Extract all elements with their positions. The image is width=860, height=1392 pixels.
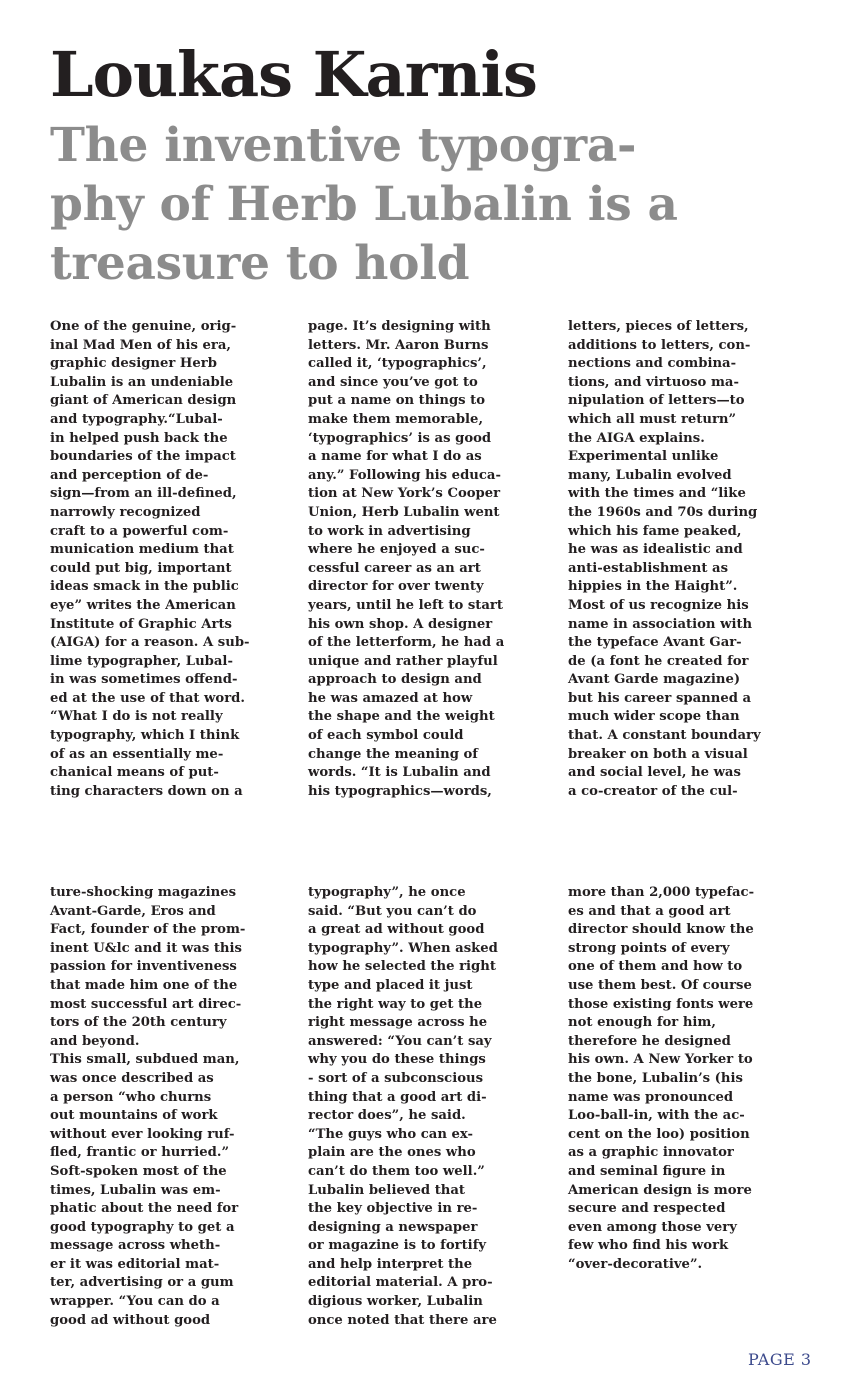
text-line: nections and combina- <box>568 355 830 374</box>
text-line: in helped push back the <box>50 430 312 449</box>
text-line: of as an essentially me- <box>50 746 312 765</box>
text-line: the 1960s and 70s during <box>568 504 830 523</box>
text-line: rector does”, he said. <box>308 1107 570 1126</box>
text-line: boundaries of the impact <box>50 448 312 467</box>
text-line: Union, Herb Lubalin went <box>308 504 570 523</box>
text-line: type and placed it just <box>308 977 570 996</box>
text-line: which all must return” <box>568 411 830 430</box>
text-line: tion at New York’s Cooper <box>308 485 570 504</box>
text-line: could put big, important <box>50 560 312 579</box>
text-line: without ever looking ruf- <box>50 1126 312 1145</box>
text-line: Fact, founder of the prom- <box>50 921 312 940</box>
text-line: good ad without good <box>50 1312 312 1331</box>
text-line: that made him one of the <box>50 977 312 996</box>
text-line: passion for inventiveness <box>50 958 312 977</box>
text-line: approach to design and <box>308 671 570 690</box>
text-line: fled, frantic or hurried.” <box>50 1144 312 1163</box>
text-line: (AIGA) for a reason. A sub- <box>50 634 312 653</box>
text-line: lime typographer, Lubal- <box>50 653 312 672</box>
text-line: the right way to get the <box>308 996 570 1015</box>
text-line: times, Lubalin was em- <box>50 1182 312 1201</box>
text-line: director should know the <box>568 921 830 940</box>
body-column-3-bottom: more than 2,000 typefac-es and that a go… <box>568 884 830 1274</box>
text-line: any.” Following his educa- <box>308 467 570 486</box>
text-line: tors of the 20th century <box>50 1014 312 1033</box>
text-line: therefore he designed <box>568 1033 830 1052</box>
text-line: most successful art direc- <box>50 996 312 1015</box>
page-number: PAGE 3 <box>748 1350 812 1369</box>
text-line: de (a font he created for <box>568 653 830 672</box>
text-line: Avant-Garde, Eros and <box>50 903 312 922</box>
text-line: his own. A New Yorker to <box>568 1051 830 1070</box>
text-line: typography”. When asked <box>308 940 570 959</box>
text-line: director for over twenty <box>308 578 570 597</box>
headline: The inventive typogra- phy of Herb Lubal… <box>50 116 840 293</box>
text-line: why you do these things <box>308 1051 570 1070</box>
text-line: words. “It is Lubalin and <box>308 764 570 783</box>
text-line: editorial material. A pro- <box>308 1274 570 1293</box>
text-line: “What I do is not really <box>50 708 312 727</box>
text-line: many, Lubalin evolved <box>568 467 830 486</box>
text-line: use them best. Of course <box>568 977 830 996</box>
text-line: was once described as <box>50 1070 312 1089</box>
text-line: and help interpret the <box>308 1256 570 1275</box>
text-line: letters. Mr. Aaron Burns <box>308 337 570 356</box>
body-column-3-top: letters, pieces of letters,additions to … <box>568 318 830 801</box>
text-line: but his career spanned a <box>568 690 830 709</box>
text-line: the typeface Avant Gar- <box>568 634 830 653</box>
text-line: out mountains of work <box>50 1107 312 1126</box>
text-line: ter, advertising or a gum <box>50 1274 312 1293</box>
text-line: or magazine is to fortify <box>308 1237 570 1256</box>
text-line: plain are the ones who <box>308 1144 570 1163</box>
headline-line: phy of Herb Lubalin is a <box>50 175 840 234</box>
text-line: ed at the use of that word. <box>50 690 312 709</box>
text-line: inent U&lc and it was this <box>50 940 312 959</box>
text-line: typography”, he once <box>308 884 570 903</box>
text-line: his typographics—words, <box>308 783 570 802</box>
text-line: er it was editorial mat- <box>50 1256 312 1275</box>
text-line: letters, pieces of letters, <box>568 318 830 337</box>
headline-line: The inventive typogra- <box>50 116 840 175</box>
headline-line: treasure to hold <box>50 234 840 293</box>
text-line: Avant Garde magazine) <box>568 671 830 690</box>
text-line: craft to a powerful com- <box>50 523 312 542</box>
text-line: change the meaning of <box>308 746 570 765</box>
text-line: even among those very <box>568 1219 830 1238</box>
text-line: phatic about the need for <box>50 1200 312 1219</box>
text-line: and since you’ve got to <box>308 374 570 393</box>
text-line: he was amazed at how <box>308 690 570 709</box>
text-line: additions to letters, con- <box>568 337 830 356</box>
text-line: the key objective in re- <box>308 1200 570 1219</box>
text-line: hippies in the Haight”. <box>568 578 830 597</box>
text-line: es and that a good art <box>568 903 830 922</box>
text-line: in was sometimes offend- <box>50 671 312 690</box>
text-line: where he enjoyed a suc- <box>308 541 570 560</box>
text-line: designing a newspaper <box>308 1219 570 1238</box>
text-line: page. It’s designing with <box>308 318 570 337</box>
text-line: message across wheth- <box>50 1237 312 1256</box>
text-line: and beyond. <box>50 1033 312 1052</box>
text-line: inal Mad Men of his era, <box>50 337 312 356</box>
text-line: that. A constant boundary <box>568 727 830 746</box>
author-name: Loukas Karnis <box>50 40 537 110</box>
text-line: and social level, he was <box>568 764 830 783</box>
text-line: “over-decorative”. <box>568 1256 830 1275</box>
text-line: typography, which I think <box>50 727 312 746</box>
magazine-page: Loukas Karnis The inventive typogra- phy… <box>0 0 860 1392</box>
text-line: cessful career as an art <box>308 560 570 579</box>
text-line: wrapper. “You can do a <box>50 1293 312 1312</box>
text-line: anti-establishment as <box>568 560 830 579</box>
text-line: Soft-spoken most of the <box>50 1163 312 1182</box>
text-line: a name for what I do as <box>308 448 570 467</box>
text-line: unique and rather playful <box>308 653 570 672</box>
text-line: said. “But you can’t do <box>308 903 570 922</box>
text-line: Loo-ball-in, with the ac- <box>568 1107 830 1126</box>
text-line: strong points of every <box>568 940 830 959</box>
text-line: not enough for him, <box>568 1014 830 1033</box>
body-column-1-bottom: ture-shocking magazinesAvant-Garde, Eros… <box>50 884 312 1330</box>
text-line: how he selected the right <box>308 958 570 977</box>
text-line: answered: “You can’t say <box>308 1033 570 1052</box>
text-line: a co-creator of the cul- <box>568 783 830 802</box>
text-line: digious worker, Lubalin <box>308 1293 570 1312</box>
text-line: eye” writes the American <box>50 597 312 616</box>
text-line: which his fame peaked, <box>568 523 830 542</box>
text-line: one of them and how to <box>568 958 830 977</box>
text-line: put a name on things to <box>308 392 570 411</box>
text-line: the AIGA explains. <box>568 430 830 449</box>
text-line: thing that a good art di- <box>308 1089 570 1108</box>
text-line: right message across he <box>308 1014 570 1033</box>
text-line: Lubalin believed that <box>308 1182 570 1201</box>
text-line: ture-shocking magazines <box>50 884 312 903</box>
text-line: few who find his work <box>568 1237 830 1256</box>
text-line: giant of American design <box>50 392 312 411</box>
text-line: One of the genuine, orig- <box>50 318 312 337</box>
text-line: ‘typographics’ is as good <box>308 430 570 449</box>
text-line: much wider scope than <box>568 708 830 727</box>
text-line: This small, subdued man, <box>50 1051 312 1070</box>
text-line: the bone, Lubalin’s (his <box>568 1070 830 1089</box>
text-line: with the times and “like <box>568 485 830 504</box>
text-line: ting characters down on a <box>50 783 312 802</box>
text-line: secure and respected <box>568 1200 830 1219</box>
text-line: his own shop. A designer <box>308 616 570 635</box>
text-line: years, until he left to start <box>308 597 570 616</box>
text-line: can’t do them too well.” <box>308 1163 570 1182</box>
text-line: Institute of Graphic Arts <box>50 616 312 635</box>
text-line: name was pronounced <box>568 1089 830 1108</box>
text-line: Experimental unlike <box>568 448 830 467</box>
body-column-2-bottom: typography”, he oncesaid. “But you can’t… <box>308 884 570 1330</box>
body-column-1-top: One of the genuine, orig-inal Mad Men of… <box>50 318 312 801</box>
text-line: of each symbol could <box>308 727 570 746</box>
text-line: to work in advertising <box>308 523 570 542</box>
text-line: called it, ‘typographics’, <box>308 355 570 374</box>
text-line: “The guys who can ex- <box>308 1126 570 1145</box>
text-line: of the letterform, he had a <box>308 634 570 653</box>
text-line: good typography to get a <box>50 1219 312 1238</box>
text-line: a great ad without good <box>308 921 570 940</box>
text-line: and seminal figure in <box>568 1163 830 1182</box>
text-line: sign—from an ill-defined, <box>50 485 312 504</box>
text-line: ideas smack in the public <box>50 578 312 597</box>
text-line: graphic designer Herb <box>50 355 312 374</box>
text-line: a person “who churns <box>50 1089 312 1108</box>
text-line: and perception of de- <box>50 467 312 486</box>
text-line: name in association with <box>568 616 830 635</box>
text-line: chanical means of put- <box>50 764 312 783</box>
text-line: munication medium that <box>50 541 312 560</box>
text-line: those existing fonts were <box>568 996 830 1015</box>
text-line: as a graphic innovator <box>568 1144 830 1163</box>
text-line: the shape and the weight <box>308 708 570 727</box>
text-line: Most of us recognize his <box>568 597 830 616</box>
text-line: make them memorable, <box>308 411 570 430</box>
text-line: more than 2,000 typefac- <box>568 884 830 903</box>
body-column-2-top: page. It’s designing withletters. Mr. Aa… <box>308 318 570 801</box>
text-line: cent on the loo) position <box>568 1126 830 1145</box>
text-line: tions, and virtuoso ma- <box>568 374 830 393</box>
text-line: he was as idealistic and <box>568 541 830 560</box>
text-line: and typography.“Lubal- <box>50 411 312 430</box>
text-line: once noted that there are <box>308 1312 570 1331</box>
text-line: Lubalin is an undeniable <box>50 374 312 393</box>
text-line: American design is more <box>568 1182 830 1201</box>
text-line: - sort of a subconscious <box>308 1070 570 1089</box>
text-line: nipulation of letters—to <box>568 392 830 411</box>
text-line: breaker on both a visual <box>568 746 830 765</box>
text-line: narrowly recognized <box>50 504 312 523</box>
